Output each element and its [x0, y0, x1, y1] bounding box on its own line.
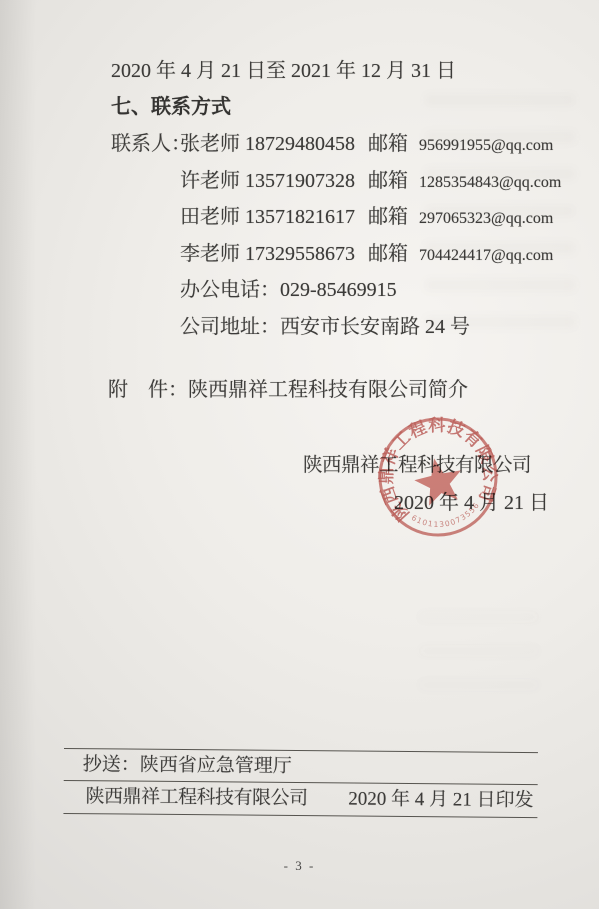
contact-phone: 13571821617	[245, 206, 355, 228]
email-label: 邮箱	[368, 206, 408, 228]
seal-registration-number: 6101130073556	[409, 499, 485, 535]
contact-phone: 13571907328	[245, 170, 355, 192]
contact-email: 1285354843@qq.com	[419, 172, 561, 194]
document-footer-block: 抄送：陕西省应急管理厅 陕西鼎祥工程科技有限公司 2020 年 4 月 21 日…	[63, 748, 538, 818]
contact-row: 田老师 13571821617 邮箱 297065323@qq.com	[180, 206, 553, 230]
issuer-line: 陕西鼎祥工程科技有限公司 2020 年 4 月 21 日印发	[63, 781, 537, 817]
email-label: 邮箱	[368, 133, 408, 155]
contact-name: 田老师	[180, 206, 240, 228]
contact-email: 704424417@qq.com	[419, 245, 553, 267]
paper-bleed-through-texture	[425, 78, 575, 328]
cc-line: 抄送：陕西省应急管理厅	[64, 749, 538, 784]
email-label: 邮箱	[368, 170, 408, 192]
page-number: - 3 -	[0, 858, 599, 874]
company-seal-stamp: 陕西鼎祥工程科技有限公司 6101130073556	[362, 399, 515, 555]
section-heading-contact-info: 七、联系方式	[111, 96, 231, 118]
paper-bleed-through-texture	[419, 600, 539, 690]
contact-name: 李老师	[180, 243, 240, 265]
contact-email: 956991955@qq.com	[419, 135, 553, 157]
company-address-text: 公司地址：西安市长安南路 24 号	[180, 316, 470, 338]
contact-phone: 17329558673	[245, 243, 355, 265]
issuer-company-name: 陕西鼎祥工程科技有限公司	[85, 781, 307, 815]
contacts-label: 联系人：	[111, 133, 180, 155]
attachment-text: 附 件：陕西鼎祥工程科技有限公司简介	[108, 379, 468, 401]
contact-row: 李老师 17329558673 邮箱 704424417@qq.com	[180, 243, 553, 267]
contact-row: 联系人： 张老师 18729480458 邮箱 956991955@qq.com	[111, 133, 553, 157]
contact-phone: 18729480458	[245, 133, 355, 155]
contact-email: 297065323@qq.com	[419, 208, 553, 230]
contact-name: 许老师	[180, 170, 240, 192]
scanned-document-page: 2020 年 4 月 21 日至 2021 年 12 月 31 日 七、联系方式…	[0, 0, 599, 909]
validity-period-text: 2020 年 4 月 21 日至 2021 年 12 月 31 日	[111, 60, 456, 82]
office-phone-text: 办公电话：029-85469915	[180, 279, 397, 301]
contact-row: 许老师 13571907328 邮箱 1285354843@qq.com	[180, 170, 561, 194]
print-date: 2020 年 4 月 21 日印发	[348, 783, 534, 817]
email-label: 邮箱	[368, 243, 408, 265]
seal-star-icon	[411, 453, 467, 507]
contact-name: 张老师	[180, 133, 240, 155]
